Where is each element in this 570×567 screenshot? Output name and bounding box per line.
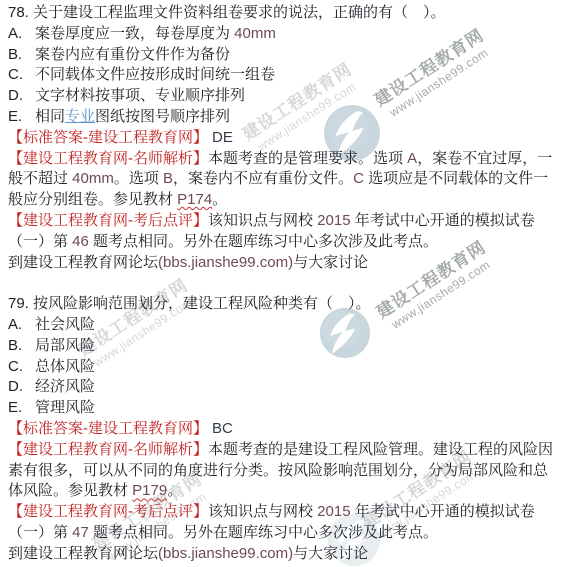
question-number: 79. [8, 294, 33, 315]
question-stem: 78.关于建设工程监理文件资料组卷要求的说法，正确的有（ ）。 [8, 3, 562, 24]
question-stem: 79.按风险影响范围划分，建设工程风险种类有（ ）。 [8, 294, 562, 315]
option-row: A.案卷厚度应一致，每卷厚度为 40mm [8, 24, 562, 45]
review-label: 【建设工程教育网-考后点评】 [8, 503, 208, 520]
text-segment: 相同 [35, 108, 65, 125]
option-letter: B. [8, 336, 35, 357]
text-segment: (bbs.jianshe99.com) [158, 254, 293, 271]
text-segment: 。选项 [114, 170, 163, 187]
analysis-paragraph: 【建设工程教育网-名师解析】本题考查的是建设工程风险管理。建设工程的风险因素有很… [8, 440, 562, 502]
text-segment: A [407, 150, 417, 167]
review-paragraph: 【建设工程教育网-考后点评】该知识点与网校 2015 年考试中心开通的模拟试卷（… [8, 502, 562, 544]
text-segment: 47 [72, 524, 89, 541]
answer-value: BC [212, 420, 233, 437]
answer-label: 【标准答案-建设工程教育网】 [8, 420, 208, 437]
option-letter: D. [8, 86, 35, 107]
text-segment: 图纸按图号顺序排列 [95, 108, 230, 125]
forum-line: 到建设工程教育网论坛(bbs.jianshe99.com)与大家讨论 [8, 544, 562, 565]
option-row: B.案卷内应有重份文件作为备份 [8, 45, 562, 66]
text-segment: P179 [132, 482, 167, 499]
text-segment: B [163, 170, 173, 187]
text-segment: 题考点相同。另外在题库练习中心多次涉及此考点。 [89, 233, 438, 250]
option-row: C.总体风险 [8, 357, 562, 378]
option-row: D.经济风险 [8, 377, 562, 398]
question-stem-text: 按风险影响范围划分，建设工程风险种类有（ ）。 [33, 295, 371, 312]
option-row: E.管理风险 [8, 398, 562, 419]
text-segment: 经济风险 [35, 378, 95, 395]
text-segment: 40mm [234, 25, 276, 42]
blank-line [8, 273, 562, 294]
option-letter: E. [8, 107, 35, 128]
text-segment: 40mm [72, 170, 114, 187]
text-segment: 局部风险 [35, 337, 95, 354]
text-segment: 总体风险 [35, 358, 95, 375]
text-segment: 管理风险 [35, 399, 95, 416]
text-segment: P174 [177, 191, 212, 208]
text-segment: 不同载体文件应按形成时间统一组卷 [35, 66, 275, 83]
option-letter: E. [8, 398, 35, 419]
question-number: 78. [8, 3, 33, 24]
option-letter: A. [8, 24, 35, 45]
review-label: 【建设工程教育网-考后点评】 [8, 212, 208, 229]
option-letter: C. [8, 65, 35, 86]
text-segment: 文字材料按事项、专业顺序排列 [35, 87, 245, 104]
text-segment: (bbs.jianshe99.com) [158, 545, 293, 562]
text-segment: 案卷厚度应一致，每卷厚度为 [35, 25, 234, 42]
question-stem-text: 关于建设工程监理文件资料组卷要求的说法，正确的有（ ）。 [33, 4, 446, 21]
text-segment: 46 [72, 233, 89, 250]
review-paragraph: 【建设工程教育网-考后点评】该知识点与网校 2015 年考试中心开通的模拟试卷（… [8, 211, 562, 253]
text-segment: 2015 [317, 503, 350, 520]
option-row: B.局部风险 [8, 336, 562, 357]
analysis-paragraph: 【建设工程教育网-名师解析】本题考查的是管理要求。选项 A，案卷不宜过厚，一般不… [8, 149, 562, 211]
option-row: C.不同载体文件应按形成时间统一组卷 [8, 65, 562, 86]
option-letter: A. [8, 315, 35, 336]
standard-answer-line: 【标准答案-建设工程教育网】DE [8, 128, 562, 149]
forum-line: 到建设工程教育网论坛(bbs.jianshe99.com)与大家讨论 [8, 253, 562, 274]
text-segment: 该知识点与网校 [208, 212, 317, 229]
text-segment: 2015 [317, 212, 350, 229]
option-letter: C. [8, 357, 35, 378]
option-row: A.社会风险 [8, 315, 562, 336]
keyword-link[interactable]: 专业 [65, 108, 95, 125]
analysis-label: 【建设工程教育网-名师解析】 [8, 150, 208, 167]
text-segment: 本题考查的是管理要求。选项 [208, 150, 407, 167]
exam-answer-document: 78.关于建设工程监理文件资料组卷要求的说法，正确的有（ ）。A.案卷厚度应一致… [0, 0, 570, 565]
text-segment: 该知识点与网校 [208, 503, 317, 520]
text-segment: 案卷内应有重份文件作为备份 [35, 46, 230, 63]
text-segment: ，案卷内不应有重份文件。 [173, 170, 353, 187]
option-letter: B. [8, 45, 35, 66]
option-row: D.文字材料按事项、专业顺序排列 [8, 86, 562, 107]
text-segment: 与大家讨论 [293, 545, 368, 562]
text-segment: 社会风险 [35, 316, 95, 333]
option-letter: D. [8, 377, 35, 398]
standard-answer-line: 【标准答案-建设工程教育网】BC [8, 419, 562, 440]
text-segment: 。 [167, 482, 182, 499]
text-segment: 到建设工程教育网论坛 [8, 254, 158, 271]
text-segment: 与大家讨论 [293, 254, 368, 271]
text-segment: 。 [212, 191, 227, 208]
text-segment: 题考点相同。另外在题库练习中心多次涉及此考点。 [89, 524, 438, 541]
answer-label: 【标准答案-建设工程教育网】 [8, 129, 208, 146]
analysis-label: 【建设工程教育网-名师解析】 [8, 441, 208, 458]
answer-value: DE [212, 129, 233, 146]
text-segment: C [353, 170, 364, 187]
option-row: E.相同专业图纸按图号顺序排列 [8, 107, 562, 128]
text-segment: 到建设工程教育网论坛 [8, 545, 158, 562]
